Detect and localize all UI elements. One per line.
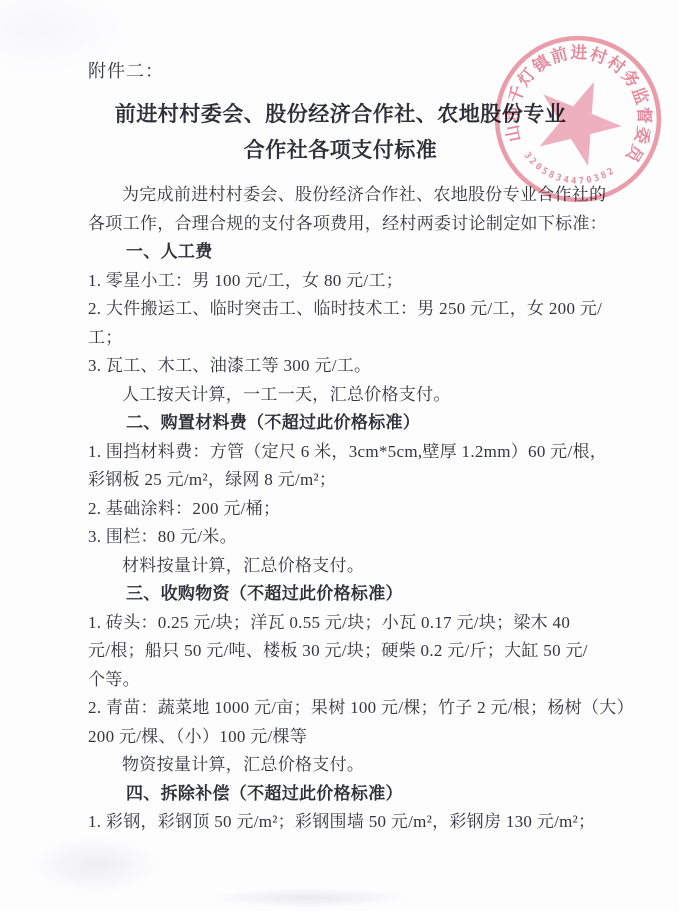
document-line: 2. 青苗：蔬菜地 1000 元/亩；果树 100 元/棵；竹子 2 元/根；杨… <box>88 694 593 723</box>
document-line: 各项工作，合理合规的支付各项费用，经村两委讨论制定如下标准： <box>88 210 593 239</box>
document-line: 3. 瓦工、木工、油漆工等 300 元/工。 <box>88 352 593 381</box>
document-line: 工； <box>88 324 593 353</box>
document-line: 200 元/棵、（小）100 元/棵等 <box>88 723 593 752</box>
document-line: 1. 彩钢，彩钢顶 50 元/m²；彩钢围墙 50 元/m²，彩钢房 130 元… <box>88 808 593 837</box>
scanned-document-page: 附件二： 前进村村委会、股份经济合作社、农地股份专业 合作社各项支付标准 为完成… <box>0 0 679 911</box>
document-title-line2: 合作社各项支付标准 <box>88 132 593 168</box>
document-line: 元/根；船只 50 元/吨、楼板 30 元/块；硬柴 0.2 元/斤；大缸 50… <box>88 637 593 666</box>
document-line: 人工按天计算，一工一天，汇总价格支付。 <box>88 381 593 410</box>
document-line: 彩钢板 25 元/m²，绿网 8 元/m²； <box>88 466 593 495</box>
document-line: 材料按量计算，汇总价格支付。 <box>88 552 593 581</box>
document-title-line1: 前进村村委会、股份经济合作社、农地股份专业 <box>88 96 593 132</box>
attachment-label: 附件二： <box>88 58 593 84</box>
document-line: 物资按量计算，汇总价格支付。 <box>88 751 593 780</box>
document-line: 3. 围栏：80 元/米。 <box>88 523 593 552</box>
document-line: 个等。 <box>88 666 593 695</box>
document-line: 1. 围挡材料费：方管（定尺 6 米，3cm*5cm,壁厚 1.2mm）60 元… <box>88 438 593 467</box>
document-title: 前进村村委会、股份经济合作社、农地股份专业 合作社各项支付标准 <box>88 96 593 168</box>
document-line: 2. 大件搬运工、临时突击工、临时技术工：男 250 元/工，女 200 元/ <box>88 295 593 324</box>
section-heading: 二、购置材料费（不超过此价格标准） <box>88 409 593 438</box>
section-heading: 三、收购物资（不超过此价格标准） <box>88 580 593 609</box>
document-line: 1. 砖头：0.25 元/块；洋瓦 0.55 元/块；小瓦 0.17 元/块；梁… <box>88 609 593 638</box>
section-heading: 四、拆除补偿（不超过此价格标准） <box>88 780 593 809</box>
document-line: 1. 零星小工：男 100 元/工，女 80 元/工； <box>88 267 593 296</box>
document-body: 为完成前进村村委会、股份经济合作社、农地股份专业合作社的各项工作，合理合规的支付… <box>88 181 593 837</box>
section-heading: 一、人工费 <box>88 238 593 267</box>
document-line: 2. 基础涂料：200 元/桶； <box>88 495 593 524</box>
document-line: 为完成前进村村委会、股份经济合作社、农地股份专业合作社的 <box>88 181 593 210</box>
